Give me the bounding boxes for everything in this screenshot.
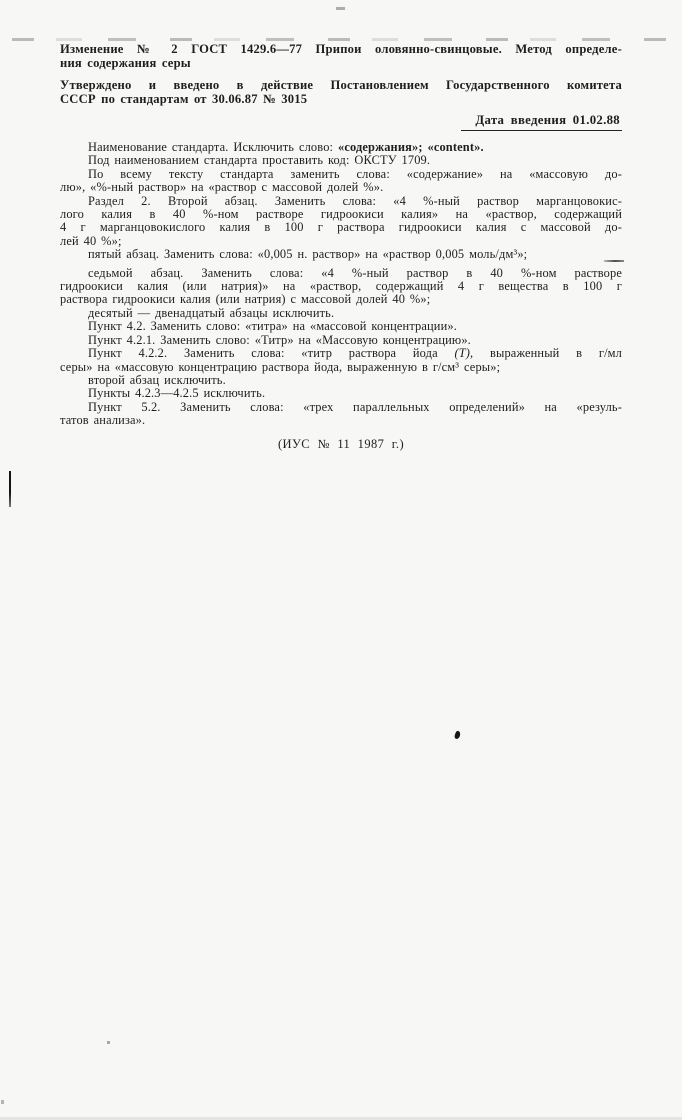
body-line-segment: лого калия в 40 %-ном растворе гидроокис… bbox=[60, 207, 622, 221]
body-line: Под наименованием стандарта проставить к… bbox=[60, 154, 622, 167]
body-line-segment: седьмой абзац. Заменить слова: «4 %-ный … bbox=[88, 266, 622, 280]
scan-artifact-left-vertical-line bbox=[9, 471, 11, 507]
body-line: второй абзац исключить. bbox=[60, 374, 622, 387]
amendment-title-line-2: ния содержания серы bbox=[60, 56, 622, 70]
body-line-segment: пятый абзац. Заменить слова: «0,005 н. р… bbox=[88, 247, 527, 261]
body-line-segment: Пункт 4.2.1. Заменить слово: «Титр» на «… bbox=[88, 333, 471, 347]
scan-artifact-speck bbox=[1, 1100, 4, 1104]
body-line: Раздел 2. Второй абзац. Заменить слова: … bbox=[60, 195, 622, 208]
scan-artifact-speck bbox=[107, 1041, 110, 1044]
amendment-title-line-1: Изменение № 2 ГОСТ 1429.6—77 Припои олов… bbox=[60, 42, 622, 56]
body-line: раствора гидроокиси калия (или натрия) с… bbox=[60, 293, 622, 306]
body-line-segment: лю», «%-ный раствор» на «раствор с массо… bbox=[60, 180, 383, 194]
body-line-segment: лей 40 %»; bbox=[60, 234, 122, 248]
body-line-segment: Под наименованием стандарта проставить к… bbox=[88, 153, 430, 167]
document-text-block: Изменение № 2 ГОСТ 1429.6—77 Припои олов… bbox=[60, 42, 622, 452]
body-line: Пункты 4.2.3—4.2.5 исключить. bbox=[60, 387, 622, 400]
body-line: татов анализа». bbox=[60, 414, 622, 427]
body-line-segment: второй абзац исключить. bbox=[88, 373, 226, 387]
amendment-body-text: Наименование стандарта. Исключить слово:… bbox=[60, 141, 622, 428]
body-line-segment: Пункт 5.2. Заменить слова: «трех паралле… bbox=[88, 400, 622, 414]
body-line: Наименование стандарта. Исключить слово:… bbox=[60, 141, 622, 154]
body-line-segment: раствора гидроокиси калия (или натрия) с… bbox=[60, 292, 430, 306]
body-line: серы» на «массовую концентрацию раствора… bbox=[60, 361, 622, 374]
scan-artifact-ink-blot bbox=[454, 730, 461, 739]
body-line: гидроокиси калия (или натрия)» на «раств… bbox=[60, 280, 622, 293]
scan-artifact-top-speck bbox=[336, 7, 345, 10]
body-line: Пункт 4.2.2. Заменить слова: «титр раств… bbox=[60, 347, 622, 360]
body-line-segment: Наименование стандарта. Исключить слово: bbox=[88, 140, 338, 154]
scan-artifact-top-dashed-line bbox=[12, 38, 668, 41]
body-line: десятый — двенадцатый абзацы исключить. bbox=[60, 307, 622, 320]
body-line: Пункт 4.2.1. Заменить слово: «Титр» на «… bbox=[60, 334, 622, 347]
body-line: лей 40 %»; bbox=[60, 235, 622, 248]
body-line-segment: «content». bbox=[427, 140, 483, 154]
effective-date: Дата введения 01.02.88 bbox=[461, 113, 622, 131]
body-line-segment: (Т), bbox=[454, 346, 473, 360]
body-line-segment: Пункт 4.2.2. Заменить слова: «титр раств… bbox=[88, 346, 454, 360]
body-line-segment: Раздел 2. Второй абзац. Заменить слова: … bbox=[88, 194, 622, 208]
body-line: Пункт 4.2. Заменить слово: «титра» на «м… bbox=[60, 320, 622, 333]
body-line: лю», «%-ный раствор» на «раствор с массо… bbox=[60, 181, 622, 194]
effective-date-row: Дата введения 01.02.88 bbox=[60, 111, 622, 131]
body-line: Пункт 5.2. Заменить слова: «трех паралле… bbox=[60, 401, 622, 414]
body-line-segment: татов анализа». bbox=[60, 413, 145, 427]
issue-reference: (ИУС № 11 1987 г.) bbox=[60, 437, 622, 452]
body-line: лого калия в 40 %-ном растворе гидроокис… bbox=[60, 208, 622, 221]
body-line-segment: Пункт 4.2. Заменить слово: «титра» на «м… bbox=[88, 319, 457, 333]
approval-statement-line-2: СССР по стандартам от 30.06.87 № 3015 bbox=[60, 92, 622, 106]
body-line-segment: серы» на «массовую концентрацию раствора… bbox=[60, 360, 500, 374]
body-line-segment: Пункты 4.2.3—4.2.5 исключить. bbox=[88, 386, 265, 400]
approval-statement-line-1: Утверждено и введено в действие Постанов… bbox=[60, 78, 622, 92]
body-line: 4 г марганцовокислого калия в 100 г раст… bbox=[60, 221, 622, 234]
body-line-segment: По всему тексту стандарта заменить слова… bbox=[88, 167, 622, 181]
scanned-document-page: Изменение № 2 ГОСТ 1429.6—77 Припои олов… bbox=[0, 0, 682, 1120]
body-line-segment: выраженный в г/мл bbox=[473, 346, 622, 360]
body-line: По всему тексту стандарта заменить слова… bbox=[60, 168, 622, 181]
body-line-segment: 4 г марганцовокислого калия в 100 г раст… bbox=[60, 220, 622, 234]
body-line-segment: «содержания»; bbox=[338, 140, 423, 154]
body-line: седьмой абзац. Заменить слова: «4 %-ный … bbox=[60, 267, 622, 280]
body-line: пятый абзац. Заменить слова: «0,005 н. р… bbox=[60, 248, 622, 261]
body-line-segment: десятый — двенадцатый абзацы исключить. bbox=[88, 306, 334, 320]
body-line-segment: гидроокиси калия (или натрия)» на «раств… bbox=[60, 279, 622, 293]
